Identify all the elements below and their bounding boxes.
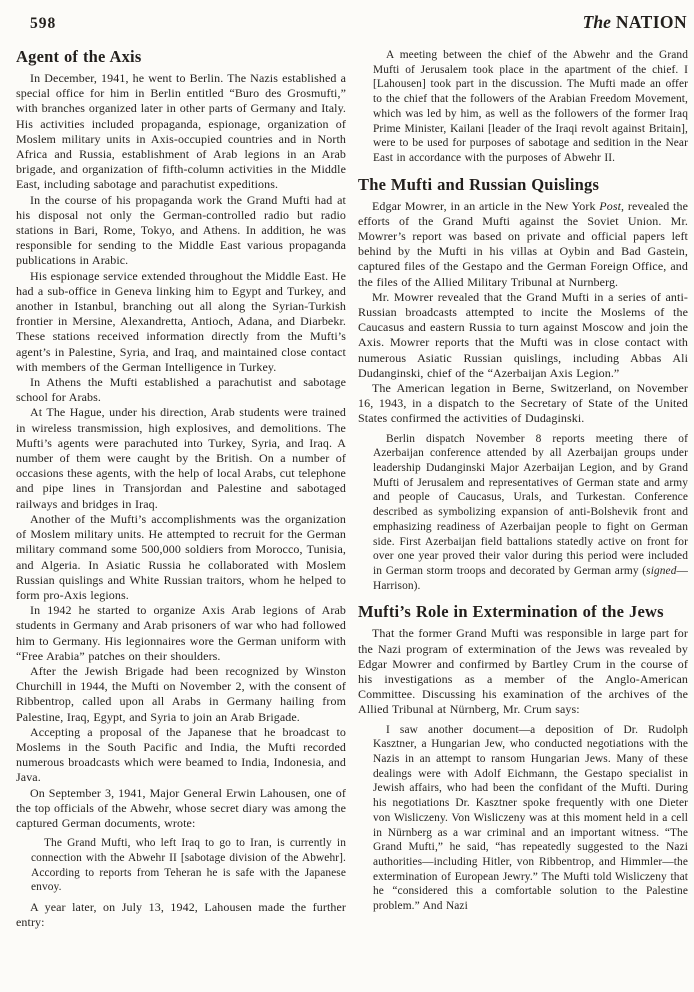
- left-column: Agent of the AxisIn December, 1941, he w…: [16, 45, 346, 930]
- paragraph: The American legation in Berne, Switzerl…: [358, 381, 688, 427]
- paragraph: Accepting a proposal of the Japanese tha…: [16, 725, 346, 786]
- paragraph: In 1942 he started to organize Axis Arab…: [16, 603, 346, 664]
- page-number: 598: [30, 15, 56, 33]
- masthead-name: NATION: [616, 12, 687, 32]
- paragraph: In December, 1941, he went to Berlin. Th…: [16, 71, 346, 193]
- magazine-page: 598 TheNATION Agent of the AxisIn Decemb…: [0, 0, 694, 992]
- paragraph: In Athens the Mufti established a parach…: [16, 375, 346, 405]
- block-quote: Berlin dispatch November 8 reports meeti…: [373, 432, 688, 594]
- two-column-layout: Agent of the AxisIn December, 1941, he w…: [16, 45, 687, 930]
- section-heading: Mufti’s Role in Extermination of the Jew…: [358, 602, 688, 621]
- paragraph: In the course of his propaganda work the…: [16, 193, 346, 269]
- section-heading: The Mufti and Russian Quislings: [358, 175, 688, 194]
- paragraph: That the former Grand Mufti was responsi…: [358, 626, 688, 717]
- block-quote: The Grand Mufti, who left Iraq to go to …: [31, 836, 346, 895]
- paragraph: A year later, on July 13, 1942, Lahousen…: [16, 900, 346, 930]
- paragraph: His espionage service extended throughou…: [16, 269, 346, 375]
- paragraph: Another of the Mufti’s accomplishments w…: [16, 512, 346, 603]
- paragraph: Edgar Mowrer, in an article in the New Y…: [358, 199, 688, 290]
- masthead: TheNATION: [583, 12, 687, 33]
- right-column: A meeting between the chief of the Abweh…: [358, 45, 688, 930]
- paragraph: Mr. Mowrer revealed that the Grand Mufti…: [358, 290, 688, 381]
- section-heading: Agent of the Axis: [16, 47, 346, 66]
- page-header: 598 TheNATION: [16, 12, 687, 33]
- masthead-the: The: [583, 12, 611, 32]
- block-quote: I saw another document—a deposition of D…: [373, 723, 688, 914]
- paragraph: On September 3, 1941, Major General Erwi…: [16, 786, 346, 832]
- block-quote: A meeting between the chief of the Abweh…: [373, 48, 688, 166]
- paragraph: After the Jewish Brigade had been recogn…: [16, 664, 346, 725]
- paragraph: At The Hague, under his direction, Arab …: [16, 405, 346, 511]
